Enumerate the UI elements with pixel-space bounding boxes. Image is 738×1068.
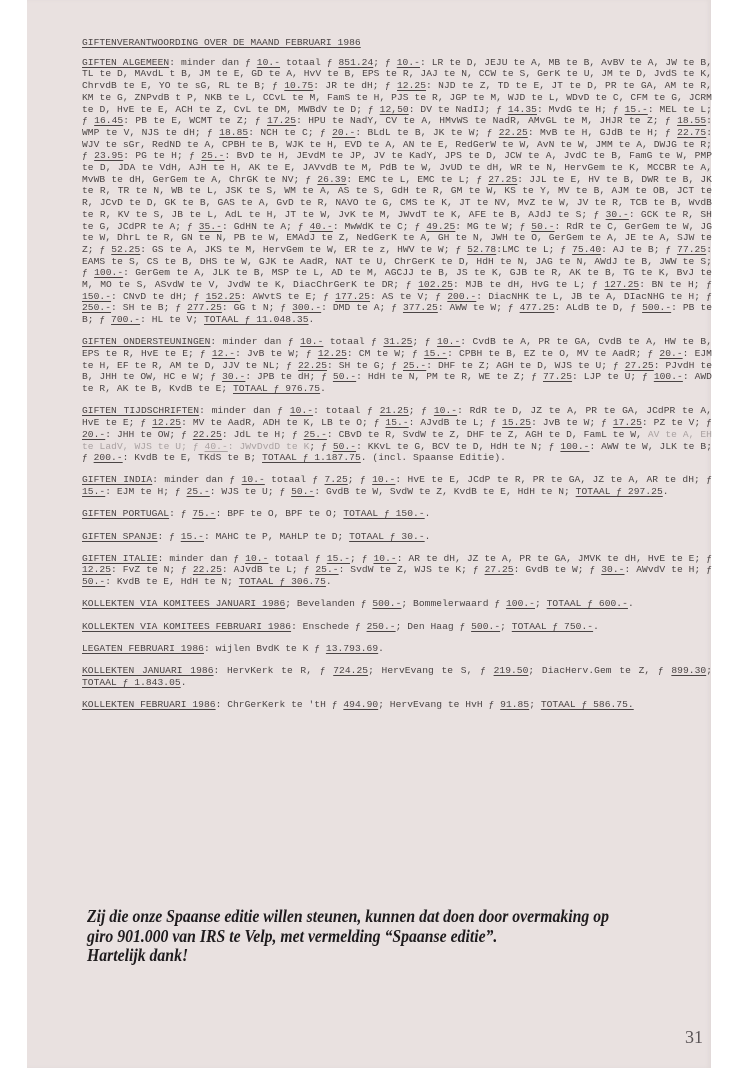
section-giften-spanje: GIFTEN SPANJE: ƒ 15.-: MAHC te P, MAHLP … bbox=[82, 531, 712, 543]
underlined-amount: 50.- bbox=[531, 221, 554, 232]
underlined-amount: 13.793.69 bbox=[326, 643, 378, 654]
text-run: . (incl. Spaanse Editie). bbox=[361, 452, 506, 463]
underlined-amount: 50.- bbox=[291, 486, 314, 497]
underlined-amount: 10.- bbox=[300, 336, 323, 347]
underlined-amount: 50.- bbox=[333, 371, 356, 382]
text-run: : BLdL te B, JK te W; ƒ bbox=[355, 127, 498, 138]
text-run: : HPU te NadY, CV te A, HMvWS te NadR, A… bbox=[296, 115, 677, 126]
underlined-amount: 49.25 bbox=[426, 221, 455, 232]
underlined-amount: 23.95 bbox=[94, 150, 123, 161]
underlined-amount: 219.50 bbox=[494, 665, 529, 676]
text-run: : JdL te H; ƒ bbox=[222, 429, 304, 440]
text-run: : minder dan ƒ bbox=[210, 336, 300, 347]
underlined-amount: TOTAAL ƒ 750.- bbox=[512, 621, 593, 632]
text-run: : HervKerk te R, ƒ bbox=[214, 665, 334, 676]
underlined-amount: 40.- bbox=[205, 441, 228, 452]
underlined-amount: 10.- bbox=[437, 336, 460, 347]
underlined-amount: 20.- bbox=[332, 127, 355, 138]
text-run: : MG te W; ƒ bbox=[455, 221, 531, 232]
text-run: : ChrGerKerk te 'tH ƒ bbox=[216, 699, 344, 710]
underlined-amount: GIFTEN ITALIE bbox=[82, 553, 158, 564]
text-run: ; ƒ bbox=[350, 553, 373, 564]
text-run: . bbox=[593, 621, 599, 632]
underlined-amount: KOLLEKTEN FEBRUARI 1986 bbox=[82, 699, 216, 710]
text-run: totaal ƒ bbox=[265, 474, 325, 485]
text-run: : MvdG te H; ƒ bbox=[537, 104, 625, 115]
text-run: : GvdB te W; ƒ bbox=[514, 564, 602, 575]
text-run: totaal ƒ bbox=[268, 553, 326, 564]
underlined-amount: 127.25 bbox=[604, 279, 639, 290]
text-run: : HdH te N, PM te R, WE te Z; ƒ bbox=[356, 371, 543, 382]
text-run: . bbox=[425, 531, 431, 542]
underlined-amount: 18.55 bbox=[677, 115, 706, 126]
underlined-amount: TOTAAL ƒ 150.- bbox=[343, 508, 424, 519]
text-run: . bbox=[425, 508, 431, 519]
underlined-amount: GIFTEN TIJDSCHRIFTEN bbox=[82, 405, 199, 416]
text-run: : minder dan ƒ bbox=[199, 405, 290, 416]
section-kollekten-januari: KOLLEKTEN JANUARI 1986: HervKerk te R, ƒ… bbox=[82, 665, 712, 688]
underlined-amount: 22.25 bbox=[193, 429, 222, 440]
underlined-amount: 18.85 bbox=[219, 127, 248, 138]
underlined-amount: 500.- bbox=[471, 621, 500, 632]
text-run: : BPF te O, BPF te O; bbox=[216, 508, 344, 519]
section-kollekten-komitees-januari: KOLLEKTEN VIA KOMITEES JANUARI 1986; Bev… bbox=[82, 598, 712, 610]
text-run: ; DiacHerv.Gem te Z, ƒ bbox=[528, 665, 671, 676]
text-run: : DHF te Z; AGH te D, WJS te U; ƒ bbox=[426, 360, 624, 371]
text-run: : SH te G; ƒ bbox=[327, 360, 403, 371]
text-run: . bbox=[309, 314, 315, 325]
text-run: : CPBH te B, EZ te O, MV te AadR; ƒ bbox=[447, 348, 659, 359]
underlined-amount: 40.- bbox=[310, 221, 333, 232]
text-run: : AJvdB te L; ƒ bbox=[222, 564, 315, 575]
text-run: : AR te dH, JZ te A, PR te GA, JMVK te d… bbox=[397, 553, 712, 564]
underlined-amount: 12.25 bbox=[152, 417, 181, 428]
text-run: . bbox=[663, 486, 669, 497]
text-run: : GG t N; ƒ bbox=[222, 302, 292, 313]
underlined-amount: 10.- bbox=[397, 57, 420, 68]
text-run: ; bbox=[706, 665, 712, 676]
underlined-amount: 899.30 bbox=[671, 665, 706, 676]
underlined-amount: 150.- bbox=[82, 291, 111, 302]
underlined-amount: 10.75 bbox=[284, 80, 313, 91]
text-run: : HL te V; bbox=[140, 314, 204, 325]
text-run: : KKvL te G, BCV te D, HdH te N; ƒ bbox=[356, 441, 560, 452]
text-run: : DiacNHK te L, JB te A, DIacNHG te H; ƒ bbox=[476, 291, 712, 302]
text-run: : JHH te OW; ƒ bbox=[105, 429, 193, 440]
text-run: : MAHC te P, MAHLP te D; bbox=[204, 531, 349, 542]
underlined-amount: 851.24 bbox=[338, 57, 373, 68]
text-run: : NCH te C; ƒ bbox=[248, 127, 332, 138]
underlined-amount: 200.- bbox=[447, 291, 476, 302]
appeal-line-1: Zij die onze Spaanse editie willen steun… bbox=[87, 907, 663, 927]
section-giften-algemeen: GIFTEN ALGEMEEN: minder dan ƒ 10.- totaa… bbox=[82, 57, 712, 326]
text-run: ; Bevelanden ƒ bbox=[285, 598, 372, 609]
text-run: : JvB te W; ƒ bbox=[235, 348, 318, 359]
text-run: : JWvDvdD te K bbox=[228, 441, 310, 452]
underlined-amount: 102.25 bbox=[418, 279, 453, 290]
text-run: : DV te NadIJ; ƒ bbox=[409, 104, 508, 115]
text-run: totaal ƒ bbox=[323, 336, 383, 347]
underlined-amount: 477.25 bbox=[520, 302, 555, 313]
text-run: : AJvdB te L; ƒ bbox=[409, 417, 502, 428]
text-run: : JR te dH; ƒ bbox=[313, 80, 397, 91]
underlined-amount: 250.- bbox=[82, 302, 111, 313]
text-run: : PG te H; ƒ bbox=[123, 150, 201, 161]
text-run: :LMC te L; ƒ bbox=[496, 244, 572, 255]
text-run: ; ƒ bbox=[309, 441, 332, 452]
text-run: : MJB te dH, HvG te L; ƒ bbox=[453, 279, 604, 290]
underlined-amount: 25.- bbox=[201, 150, 224, 161]
underlined-amount: TOTAAL ƒ 1.187.75 bbox=[262, 452, 361, 463]
underlined-amount: 12.25 bbox=[397, 80, 426, 91]
appeal-line-3: Hartelijk dank! bbox=[87, 946, 663, 966]
text-run: : LJP te U; ƒ bbox=[572, 371, 654, 382]
underlined-amount: 15.- bbox=[181, 531, 204, 542]
underlined-amount: TOTAAL ƒ 1.843.05 bbox=[82, 677, 181, 688]
text-run: : wijlen BvdK te K ƒ bbox=[204, 643, 326, 654]
underlined-amount: 26.39 bbox=[317, 174, 346, 185]
underlined-amount: 250.- bbox=[367, 621, 396, 632]
text-run: : MvB te H, GJdB te H; ƒ bbox=[528, 127, 677, 138]
underlined-amount: 22.25 bbox=[499, 127, 528, 138]
text-run: . bbox=[378, 643, 384, 654]
text-run: : WJS te U; ƒ bbox=[210, 486, 291, 497]
section-giften-italie: GIFTEN ITALIE: minder dan ƒ 10.- totaal … bbox=[82, 553, 712, 588]
underlined-amount: 17.25 bbox=[613, 417, 642, 428]
underlined-amount: TOTAAL ƒ 600.- bbox=[547, 598, 628, 609]
underlined-amount: 15.- bbox=[327, 553, 350, 564]
text-run: : CM te W; ƒ bbox=[347, 348, 424, 359]
text-run: . bbox=[628, 598, 634, 609]
text-run: : SH te B; ƒ bbox=[111, 302, 187, 313]
text-run: : ALdB te D, ƒ bbox=[554, 302, 642, 313]
underlined-amount: GIFTEN ONDERSTEUNINGEN bbox=[82, 336, 210, 347]
underlined-amount: 12.25 bbox=[318, 348, 347, 359]
underlined-amount: 75.- bbox=[192, 508, 215, 519]
underlined-amount: 494.90 bbox=[343, 699, 378, 710]
underlined-amount: TOTAAL ƒ 306.75 bbox=[239, 576, 326, 587]
text-run: : HvE te E, JCdP te R, PR te GA, JZ te A… bbox=[395, 474, 712, 485]
underlined-amount: 17.25 bbox=[267, 115, 296, 126]
underlined-amount: 25.- bbox=[403, 360, 426, 371]
underlined-amount: 15.25 bbox=[502, 417, 531, 428]
text-run: : PZ te V; ƒ bbox=[642, 417, 712, 428]
underlined-amount: TOTAAL ƒ 976.75 bbox=[233, 383, 320, 394]
text-run: ; Den Haag ƒ bbox=[396, 621, 472, 632]
underlined-amount: TOTAAL ƒ 11.048.35 bbox=[204, 314, 309, 325]
text-run: : minder dan ƒ bbox=[152, 474, 241, 485]
text-run: : AJ te B; ƒ bbox=[601, 244, 677, 255]
underlined-amount: 25.- bbox=[187, 486, 210, 497]
text-run: ; ƒ bbox=[348, 474, 372, 485]
underlined-amount: TOTAAL ƒ 297.25 bbox=[576, 486, 663, 497]
text-run: : AS te V; ƒ bbox=[370, 291, 447, 302]
underlined-amount: 30.- bbox=[601, 564, 624, 575]
text-run: : KvdB te E, TKdS te B; bbox=[123, 452, 262, 463]
underlined-amount: 14.35 bbox=[508, 104, 537, 115]
text-run: : DMD te A; ƒ bbox=[321, 302, 403, 313]
underlined-amount: 100.- bbox=[94, 267, 123, 278]
text-run: : FvZ te N; ƒ bbox=[111, 564, 193, 575]
donation-appeal: Zij die onze Spaanse editie willen steun… bbox=[87, 907, 663, 966]
document-page: GIFTENVERANTWOORDING OVER DE MAAND FEBRU… bbox=[27, 0, 711, 1068]
text-run: : Enschede ƒ bbox=[291, 621, 367, 632]
underlined-amount: 22.75 bbox=[677, 127, 706, 138]
text-run: : GS te A, JKS te M, HervGem te W, ER te… bbox=[140, 244, 467, 255]
text-run: . bbox=[326, 576, 332, 587]
page-number: 31 bbox=[685, 1027, 703, 1048]
text-run: : MV te AadR, ADH te K, LB te O; ƒ bbox=[181, 417, 385, 428]
underlined-amount: 277.25 bbox=[187, 302, 222, 313]
underlined-amount: 15.- bbox=[424, 348, 447, 359]
underlined-amount: 200.- bbox=[94, 452, 123, 463]
text-run: ; HervEvang te S, ƒ bbox=[368, 665, 494, 676]
underlined-amount: 75.40 bbox=[572, 244, 601, 255]
text-run: : ƒ bbox=[158, 531, 181, 542]
underlined-amount: KOLLEKTEN VIA KOMITEES FEBRUARI 1986 bbox=[82, 621, 291, 632]
text-run: . bbox=[320, 383, 326, 394]
text-run: : AWW te W; ƒ bbox=[438, 302, 520, 313]
underlined-amount: 91.85 bbox=[500, 699, 529, 710]
report-title-text: GIFTENVERANTWOORDING OVER DE MAAND FEBRU… bbox=[82, 37, 361, 48]
text-run: : ƒ bbox=[169, 508, 192, 519]
underlined-amount: 10.- bbox=[245, 553, 268, 564]
underlined-amount: 22.25 bbox=[193, 564, 222, 575]
underlined-amount: 27.25 bbox=[625, 360, 654, 371]
text-run: ; ƒ bbox=[409, 405, 434, 416]
underlined-amount: GIFTEN INDIA bbox=[82, 474, 152, 485]
underlined-amount: 12.25 bbox=[82, 564, 111, 575]
underlined-amount: 22.25 bbox=[298, 360, 327, 371]
underlined-amount: 100.- bbox=[560, 441, 589, 452]
text-run: : AWvdV te H; ƒ bbox=[624, 564, 712, 575]
underlined-amount: LEGATEN FEBRUARI 1986 bbox=[82, 643, 204, 654]
text-run: : EMC te L, EMC te L; ƒ bbox=[346, 174, 488, 185]
text-run: ; HervEvang te HvH ƒ bbox=[378, 699, 500, 710]
underlined-amount: GIFTEN PORTUGAL bbox=[82, 508, 169, 519]
text-run: : CBvD te R, SvdW te Z, DHF te Z, AGH te… bbox=[327, 429, 648, 440]
underlined-amount: 31.25 bbox=[383, 336, 412, 347]
underlined-amount: 10.- bbox=[242, 474, 265, 485]
text-run: : totaal ƒ bbox=[313, 405, 380, 416]
text-run: : CNvD te dH; ƒ bbox=[111, 291, 206, 302]
section-giften-portugal: GIFTEN PORTUGAL: ƒ 75.-: BPF te O, BPF t… bbox=[82, 508, 712, 520]
underlined-amount: 30.- bbox=[222, 371, 245, 382]
underlined-amount: GIFTEN ALGEMEEN bbox=[82, 57, 169, 68]
appeal-line-2: giro 901.000 van IRS te Velp, met vermel… bbox=[87, 927, 663, 947]
text-run: : MwWdK te C; ƒ bbox=[333, 221, 426, 232]
underlined-amount: 25.- bbox=[304, 429, 327, 440]
underlined-amount: 300.- bbox=[292, 302, 321, 313]
underlined-amount: TOTAAL ƒ 586.75. bbox=[541, 699, 634, 710]
underlined-amount: 10.- bbox=[257, 57, 280, 68]
underlined-amount: 500.- bbox=[642, 302, 671, 313]
underlined-amount: 100.- bbox=[654, 371, 683, 382]
underlined-amount: KOLLEKTEN JANUARI 1986 bbox=[82, 665, 214, 676]
underlined-amount: 50.- bbox=[333, 441, 356, 452]
underlined-amount: 20.- bbox=[82, 429, 105, 440]
text-run: : JPB te dH; ƒ bbox=[245, 371, 333, 382]
underlined-amount: 25.- bbox=[315, 564, 338, 575]
underlined-amount: 52.25 bbox=[111, 244, 140, 255]
text-run: : KvdB te E, HdH te N; bbox=[105, 576, 239, 587]
text-run: : minder dan ƒ bbox=[169, 57, 257, 68]
underlined-amount: 100.- bbox=[506, 598, 535, 609]
underlined-amount: 152.25 bbox=[206, 291, 241, 302]
text-run: : PB te E, WCMT te Z; ƒ bbox=[123, 115, 267, 126]
report-sections: GIFTEN ALGEMEEN: minder dan ƒ 10.- totaa… bbox=[82, 57, 712, 711]
text-run: ; ƒ bbox=[412, 336, 437, 347]
text-run: ; bbox=[500, 621, 512, 632]
underlined-amount: 50.- bbox=[82, 576, 105, 587]
underlined-amount: 52.78 bbox=[467, 244, 496, 255]
underlined-amount: 15.- bbox=[625, 104, 648, 115]
underlined-amount: 10.- bbox=[434, 405, 457, 416]
underlined-amount: 12.- bbox=[212, 348, 235, 359]
underlined-amount: 27.25 bbox=[488, 174, 517, 185]
underlined-amount: 15.- bbox=[385, 417, 408, 428]
section-kollekten-komitees-februari: KOLLEKTEN VIA KOMITEES FEBRUARI 1986: En… bbox=[82, 621, 712, 633]
underlined-amount: 10.- bbox=[373, 553, 396, 564]
underlined-amount: 12,50 bbox=[380, 104, 409, 115]
text-run: ; bbox=[535, 598, 547, 609]
underlined-amount: 27.25 bbox=[485, 564, 514, 575]
underlined-amount: 15.- bbox=[82, 486, 105, 497]
donations-report: GIFTENVERANTWOORDING OVER DE MAAND FEBRU… bbox=[82, 37, 712, 721]
text-run: . bbox=[181, 677, 187, 688]
text-run: : SvdW te Z, WJS te K; ƒ bbox=[339, 564, 485, 575]
underlined-amount: 16.45 bbox=[94, 115, 123, 126]
section-giften-tijdschriften: GIFTEN TIJDSCHRIFTEN: minder dan ƒ 10.-:… bbox=[82, 405, 712, 464]
text-run: : minder dan ƒ bbox=[158, 553, 246, 564]
underlined-amount: 21.25 bbox=[380, 405, 409, 416]
text-run: : JvB te W; ƒ bbox=[531, 417, 613, 428]
text-run: : AWvtS te E; ƒ bbox=[241, 291, 336, 302]
section-giften-india: GIFTEN INDIA: minder dan ƒ 10.- totaal ƒ… bbox=[82, 474, 712, 497]
report-title: GIFTENVERANTWOORDING OVER DE MAAND FEBRU… bbox=[82, 37, 712, 49]
underlined-amount: 10.- bbox=[290, 405, 313, 416]
text-run: ; Bommelerwaard ƒ bbox=[401, 598, 506, 609]
underlined-amount: GIFTEN SPANJE bbox=[82, 531, 158, 542]
underlined-amount: 724.25 bbox=[333, 665, 368, 676]
underlined-amount: 77.25 bbox=[543, 371, 572, 382]
text-run: : GvdB te W, SvdW te Z, KvdB te E, HdH t… bbox=[314, 486, 575, 497]
underlined-amount: 700.- bbox=[111, 314, 140, 325]
section-kollekten-februari: KOLLEKTEN FEBRUARI 1986: ChrGerKerk te '… bbox=[82, 699, 712, 711]
underlined-amount: 7.25 bbox=[325, 474, 348, 485]
section-giften-ondersteuningen: GIFTEN ONDERSTEUNINGEN: minder dan ƒ 10.… bbox=[82, 336, 712, 395]
text-run: ; ƒ bbox=[373, 57, 396, 68]
underlined-amount: 20.- bbox=[659, 348, 682, 359]
underlined-amount: 35.- bbox=[199, 221, 222, 232]
underlined-amount: 10.- bbox=[372, 474, 395, 485]
underlined-amount: 377.25 bbox=[403, 302, 438, 313]
underlined-amount: 500.- bbox=[372, 598, 401, 609]
text-run: ; bbox=[529, 699, 541, 710]
underlined-amount: TOTAAL ƒ 30.- bbox=[349, 531, 425, 542]
text-run: : GdHN te A; ƒ bbox=[222, 221, 310, 232]
text-run: : BN te H; ƒ bbox=[639, 279, 712, 290]
underlined-amount: 30.- bbox=[606, 209, 629, 220]
underlined-amount: 177.25 bbox=[335, 291, 370, 302]
underlined-amount: KOLLEKTEN VIA KOMITEES JANUARI 1986 bbox=[82, 598, 285, 609]
text-run: : EJM te H; ƒ bbox=[105, 486, 186, 497]
underlined-amount: 77.25 bbox=[677, 244, 706, 255]
text-run: totaal ƒ bbox=[280, 57, 338, 68]
section-legaten-februari: LEGATEN FEBRUARI 1986: wijlen BvdK te K … bbox=[82, 643, 712, 655]
